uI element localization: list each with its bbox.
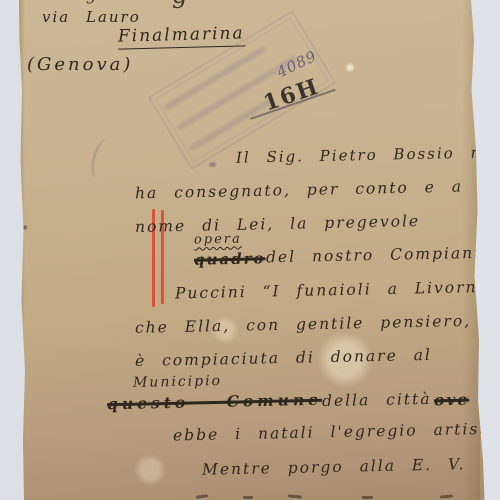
body-line: Il Sig. Pietro Bossio mi: [236, 144, 494, 167]
cut-off-top-line: gennaio: [86, 0, 165, 4]
cut-off-bottom-letter-top: [196, 494, 208, 499]
inserted-correction-word: Municipio: [133, 373, 222, 391]
body-line: nome di Lei, la pregevole: [135, 213, 420, 237]
inserted-correction-word: opera: [194, 233, 242, 249]
stamp-ink-blot: [209, 162, 216, 167]
body-line: è compiaciuta di donare al: [135, 347, 432, 371]
cut-off-top-flourish: g: [172, 0, 189, 10]
body-closing-line: Mentre porgo alla E. V.: [202, 456, 466, 479]
body-line: del nostro Compianto: [266, 245, 494, 268]
letter-paper: gennaio g via Lauro Finalmarina (Genova)…: [0, 0, 500, 500]
body-line: Puccini “I funaioli a Livorno”,: [175, 279, 500, 304]
photo-of-letter: gennaio g via Lauro Finalmarina (Genova)…: [0, 0, 500, 500]
cut-off-bottom-letter-top: [243, 496, 253, 499]
struck-out-word: quadro: [194, 250, 266, 269]
address-town: Finalmarina: [118, 24, 245, 49]
address-province: (Genova): [27, 55, 133, 76]
body-line: che Ella, con gentile pensiero, si: [135, 312, 500, 338]
paper-left-edge-shadow: [18, 0, 25, 500]
body-line: ha consegnato, per conto e a: [135, 179, 463, 204]
struck-out-phrase: questo Comune: [107, 391, 322, 413]
faint-pencil-stroke: [88, 136, 119, 182]
body-line: ebbe i natali l'egregio artista.: [173, 421, 500, 446]
struck-out-word: ove: [434, 391, 470, 410]
cut-off-bottom-letter-top: [288, 494, 302, 498]
body-line-segment: della città: [322, 391, 432, 411]
cut-off-bottom-letter-top: [362, 496, 373, 499]
address-street: via Lauro: [42, 9, 141, 26]
cut-off-bottom-letter-top: [440, 494, 453, 498]
